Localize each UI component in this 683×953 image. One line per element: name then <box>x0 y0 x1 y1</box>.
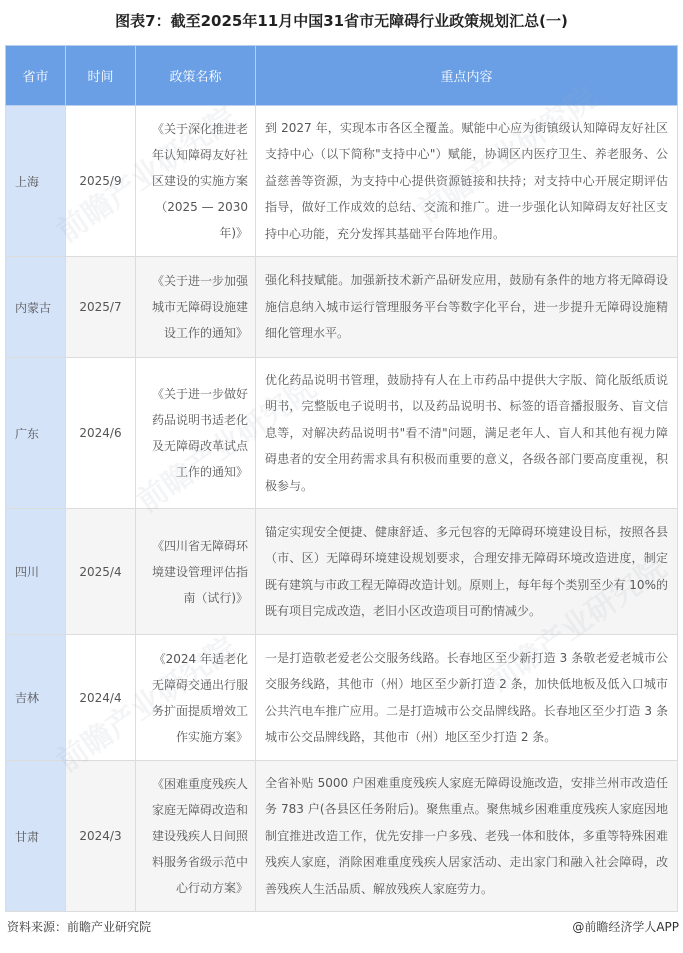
table-row: 吉林 2024/4 《2024 年适老化无障碍交通出行服务扩面提质增效工作实施方… <box>6 635 678 761</box>
cell-policy-name: 《关于进一步加强城市无障碍设施建设工作的通知》 <box>136 257 256 358</box>
cell-time: 2025/7 <box>66 257 136 358</box>
cell-key-content: 强化科技赋能。加强新技术新产品研发应用，鼓励有条件的地方将无障碍设施信息纳入城市… <box>256 257 678 358</box>
table-row: 甘肃 2024/3 《困难重度残疾人家庭无障碍改造和建设残疾人日间照料服务省级示… <box>6 761 678 912</box>
header-key-content: 重点内容 <box>256 46 678 106</box>
cell-key-content: 一是打造敬老爱老公交服务线路。长春地区至少新打造 3 条敬老爱老城市公交服务线路… <box>256 635 678 761</box>
header-policy-name: 政策名称 <box>136 46 256 106</box>
cell-key-content: 全省补贴 5000 户困难重度残疾人家庭无障碍设施改造，安排兰州市改造任务 78… <box>256 761 678 912</box>
cell-policy-name: 《困难重度残疾人家庭无障碍改造和建设残疾人日间照料服务省级示范中心行动方案》 <box>136 761 256 912</box>
cell-policy-name: 《关于深化推进老年认知障碍友好社区建设的实施方案（2025 — 2030年)》 <box>136 106 256 257</box>
cell-province: 吉林 <box>6 635 66 761</box>
brand-credit: @前瞻经济学人APP <box>572 918 679 935</box>
policy-table: 省市 时间 政策名称 重点内容 上海 2025/9 《关于深化推进老年认知障碍友… <box>5 45 678 912</box>
table-row: 四川 2025/4 《四川省无障碍环境建设管理评估指南（试行)》 锚定实现安全便… <box>6 509 678 635</box>
footer: 资料来源：前瞻产业研究院 @前瞻经济学人APP <box>7 918 679 938</box>
cell-time: 2024/4 <box>66 635 136 761</box>
cell-key-content: 锚定实现安全便捷、健康舒适、多元包容的无障碍环境建设目标，按照各县（市、区）无障… <box>256 509 678 635</box>
cell-time: 2025/9 <box>66 106 136 257</box>
cell-province: 上海 <box>6 106 66 257</box>
header-province: 省市 <box>6 46 66 106</box>
cell-policy-name: 《关于进一步做好药品说明书适老化及无障碍改革试点工作的通知》 <box>136 358 256 509</box>
cell-province: 广东 <box>6 358 66 509</box>
chart-title: 图表7：截至2025年11月中国31省市无障碍行业政策规划汇总(一) <box>0 0 683 45</box>
cell-policy-name: 《2024 年适老化无障碍交通出行服务扩面提质增效工作实施方案》 <box>136 635 256 761</box>
cell-key-content: 优化药品说明书管理，鼓励持有人在上市药品中提供大字版、简化版纸质说明书，完整版电… <box>256 358 678 509</box>
cell-time: 2025/4 <box>66 509 136 635</box>
table-header-row: 省市 时间 政策名称 重点内容 <box>6 46 678 106</box>
cell-policy-name: 《四川省无障碍环境建设管理评估指南（试行)》 <box>136 509 256 635</box>
cell-time: 2024/3 <box>66 761 136 912</box>
table-row: 广东 2024/6 《关于进一步做好药品说明书适老化及无障碍改革试点工作的通知》… <box>6 358 678 509</box>
cell-province: 四川 <box>6 509 66 635</box>
cell-key-content: 到 2027 年，实现本市各区全覆盖。赋能中心应为街镇级认知障碍友好社区支持中心… <box>256 106 678 257</box>
source-note: 资料来源：前瞻产业研究院 <box>7 918 151 935</box>
cell-province: 内蒙古 <box>6 257 66 358</box>
cell-time: 2024/6 <box>66 358 136 509</box>
table-row: 上海 2025/9 《关于深化推进老年认知障碍友好社区建设的实施方案（2025 … <box>6 106 678 257</box>
table-row: 内蒙古 2025/7 《关于进一步加强城市无障碍设施建设工作的通知》 强化科技赋… <box>6 257 678 358</box>
header-time: 时间 <box>66 46 136 106</box>
cell-province: 甘肃 <box>6 761 66 912</box>
